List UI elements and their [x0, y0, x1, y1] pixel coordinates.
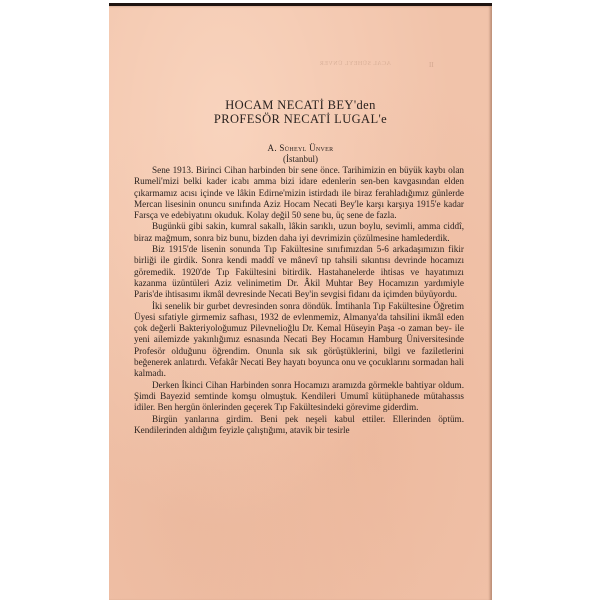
author-location: (İstanbul) [109, 154, 492, 165]
title-line-2: PROFESÖR NECATİ LUGAL'e [109, 112, 492, 126]
paragraph-6: Birgün yanlarına girdim. Beni pek neşeli… [134, 414, 464, 437]
title-line-1: HOCAM NECATİ BEY'den [109, 98, 492, 112]
article-body: Sene 1913. Birinci Cihan harbinden bir s… [134, 165, 464, 436]
scanned-page: ACAL SÜHEYL ÜNVER II HOCAM NECATİ BEY'de… [109, 3, 492, 600]
paragraph-1: Sene 1913. Birinci Cihan harbinden bir s… [134, 165, 464, 221]
author-block: A. Süheyl Ünver (İstanbul) [109, 143, 492, 165]
bleed-through-page-number: II [429, 61, 434, 69]
paragraph-3: Biz 1915'de lisenin sonunda Tıp Fakültes… [134, 244, 464, 300]
author-name: A. Süheyl Ünver [109, 143, 492, 154]
paragraph-2: Bugünkü gibi sakin, kumral sakallı, lâki… [134, 221, 464, 244]
article-title: HOCAM NECATİ BEY'den PROFESÖR NECATİ LUG… [109, 98, 492, 126]
paragraph-4: İki senelik bir gurbet devresinden sonra… [134, 301, 464, 380]
paragraph-5: Derken İkinci Cihan Harbinden sonra Hoca… [134, 380, 464, 414]
bleed-through-header: ACAL SÜHEYL ÜNVER [231, 61, 391, 67]
